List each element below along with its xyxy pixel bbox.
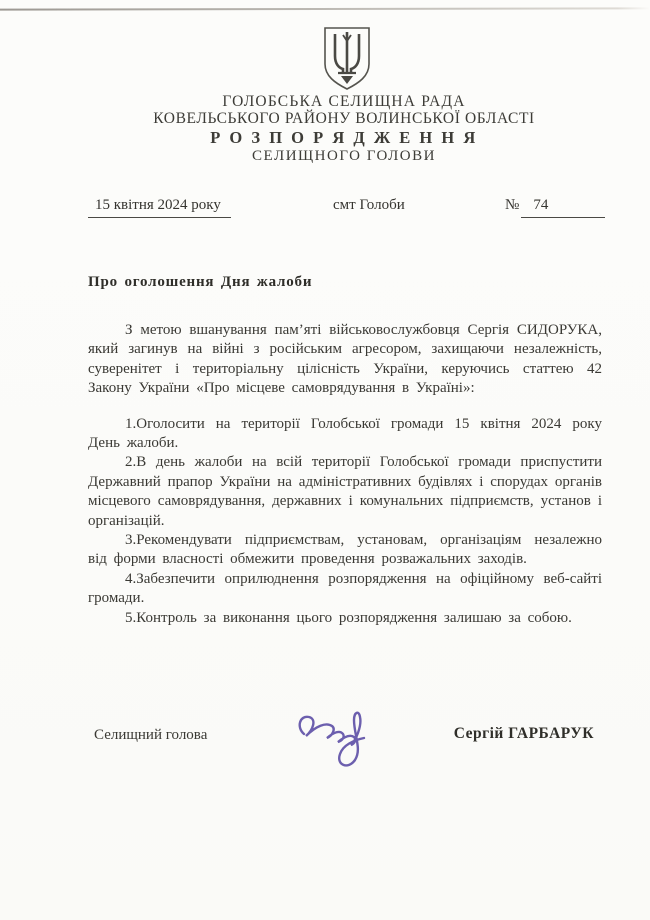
council-name: ГОЛОБСЬКА СЕЛИЩНА РАДА: [68, 94, 620, 110]
order-item-2: 2.В день жалоби на всій території Голобс…: [88, 453, 602, 531]
document-meta-row: 15 квітня 2024 року смт Голоби №74: [88, 197, 602, 221]
ukraine-trident-emblem-icon: [321, 26, 373, 92]
order-item-4: 4.Забезпечити оприлюднення розпорядження…: [88, 570, 602, 609]
order-body: З метою вшанування пам’яті військовослуж…: [88, 321, 602, 628]
signature-block: Селищний голова Сергій ГАРБАРУК: [88, 699, 602, 779]
district-region-name: КОВЕЛЬСЬКОГО РАЙОНУ ВОЛИНСЬКОЇ ОБЛАСТІ: [68, 111, 620, 127]
number-sign: №: [505, 197, 519, 214]
document-date: 15 квітня 2024 року: [88, 197, 231, 218]
scan-artifact-line: [0, 7, 650, 10]
signer-position: Селищний голова: [94, 727, 207, 744]
order-preamble: З метою вшанування пам’яті військовослуж…: [88, 321, 602, 399]
scanned-document-page: ГОЛОБСЬКА СЕЛИЩНА РАДА КОВЕЛЬСЬКОГО РАЙО…: [0, 0, 650, 920]
document-type-title: Р О З П О Р Я Д Ж Е Н Н Я: [68, 129, 620, 147]
signer-name: Сергій ГАРБАРУК: [454, 725, 594, 743]
document-type-subtitle: СЕЛИЩНОГО ГОЛОВИ: [68, 148, 620, 165]
handwritten-signature: [278, 699, 403, 774]
order-item-3: 3.Рекомендувати підприємствам, установам…: [88, 531, 602, 570]
order-subject-title: Про оголошення Дня жалоби: [88, 274, 312, 291]
number-value: 74: [521, 197, 605, 218]
document-header: ГОЛОБСЬКА СЕЛИЩНА РАДА КОВЕЛЬСЬКОГО РАЙО…: [68, 94, 620, 165]
order-item-1: 1.Оголосити на території Голобської гром…: [88, 415, 602, 454]
document-number: №74: [505, 197, 605, 218]
order-item-5: 5.Контроль за виконання цього розпорядже…: [88, 609, 602, 628]
document-place: смт Голоби: [333, 197, 405, 214]
